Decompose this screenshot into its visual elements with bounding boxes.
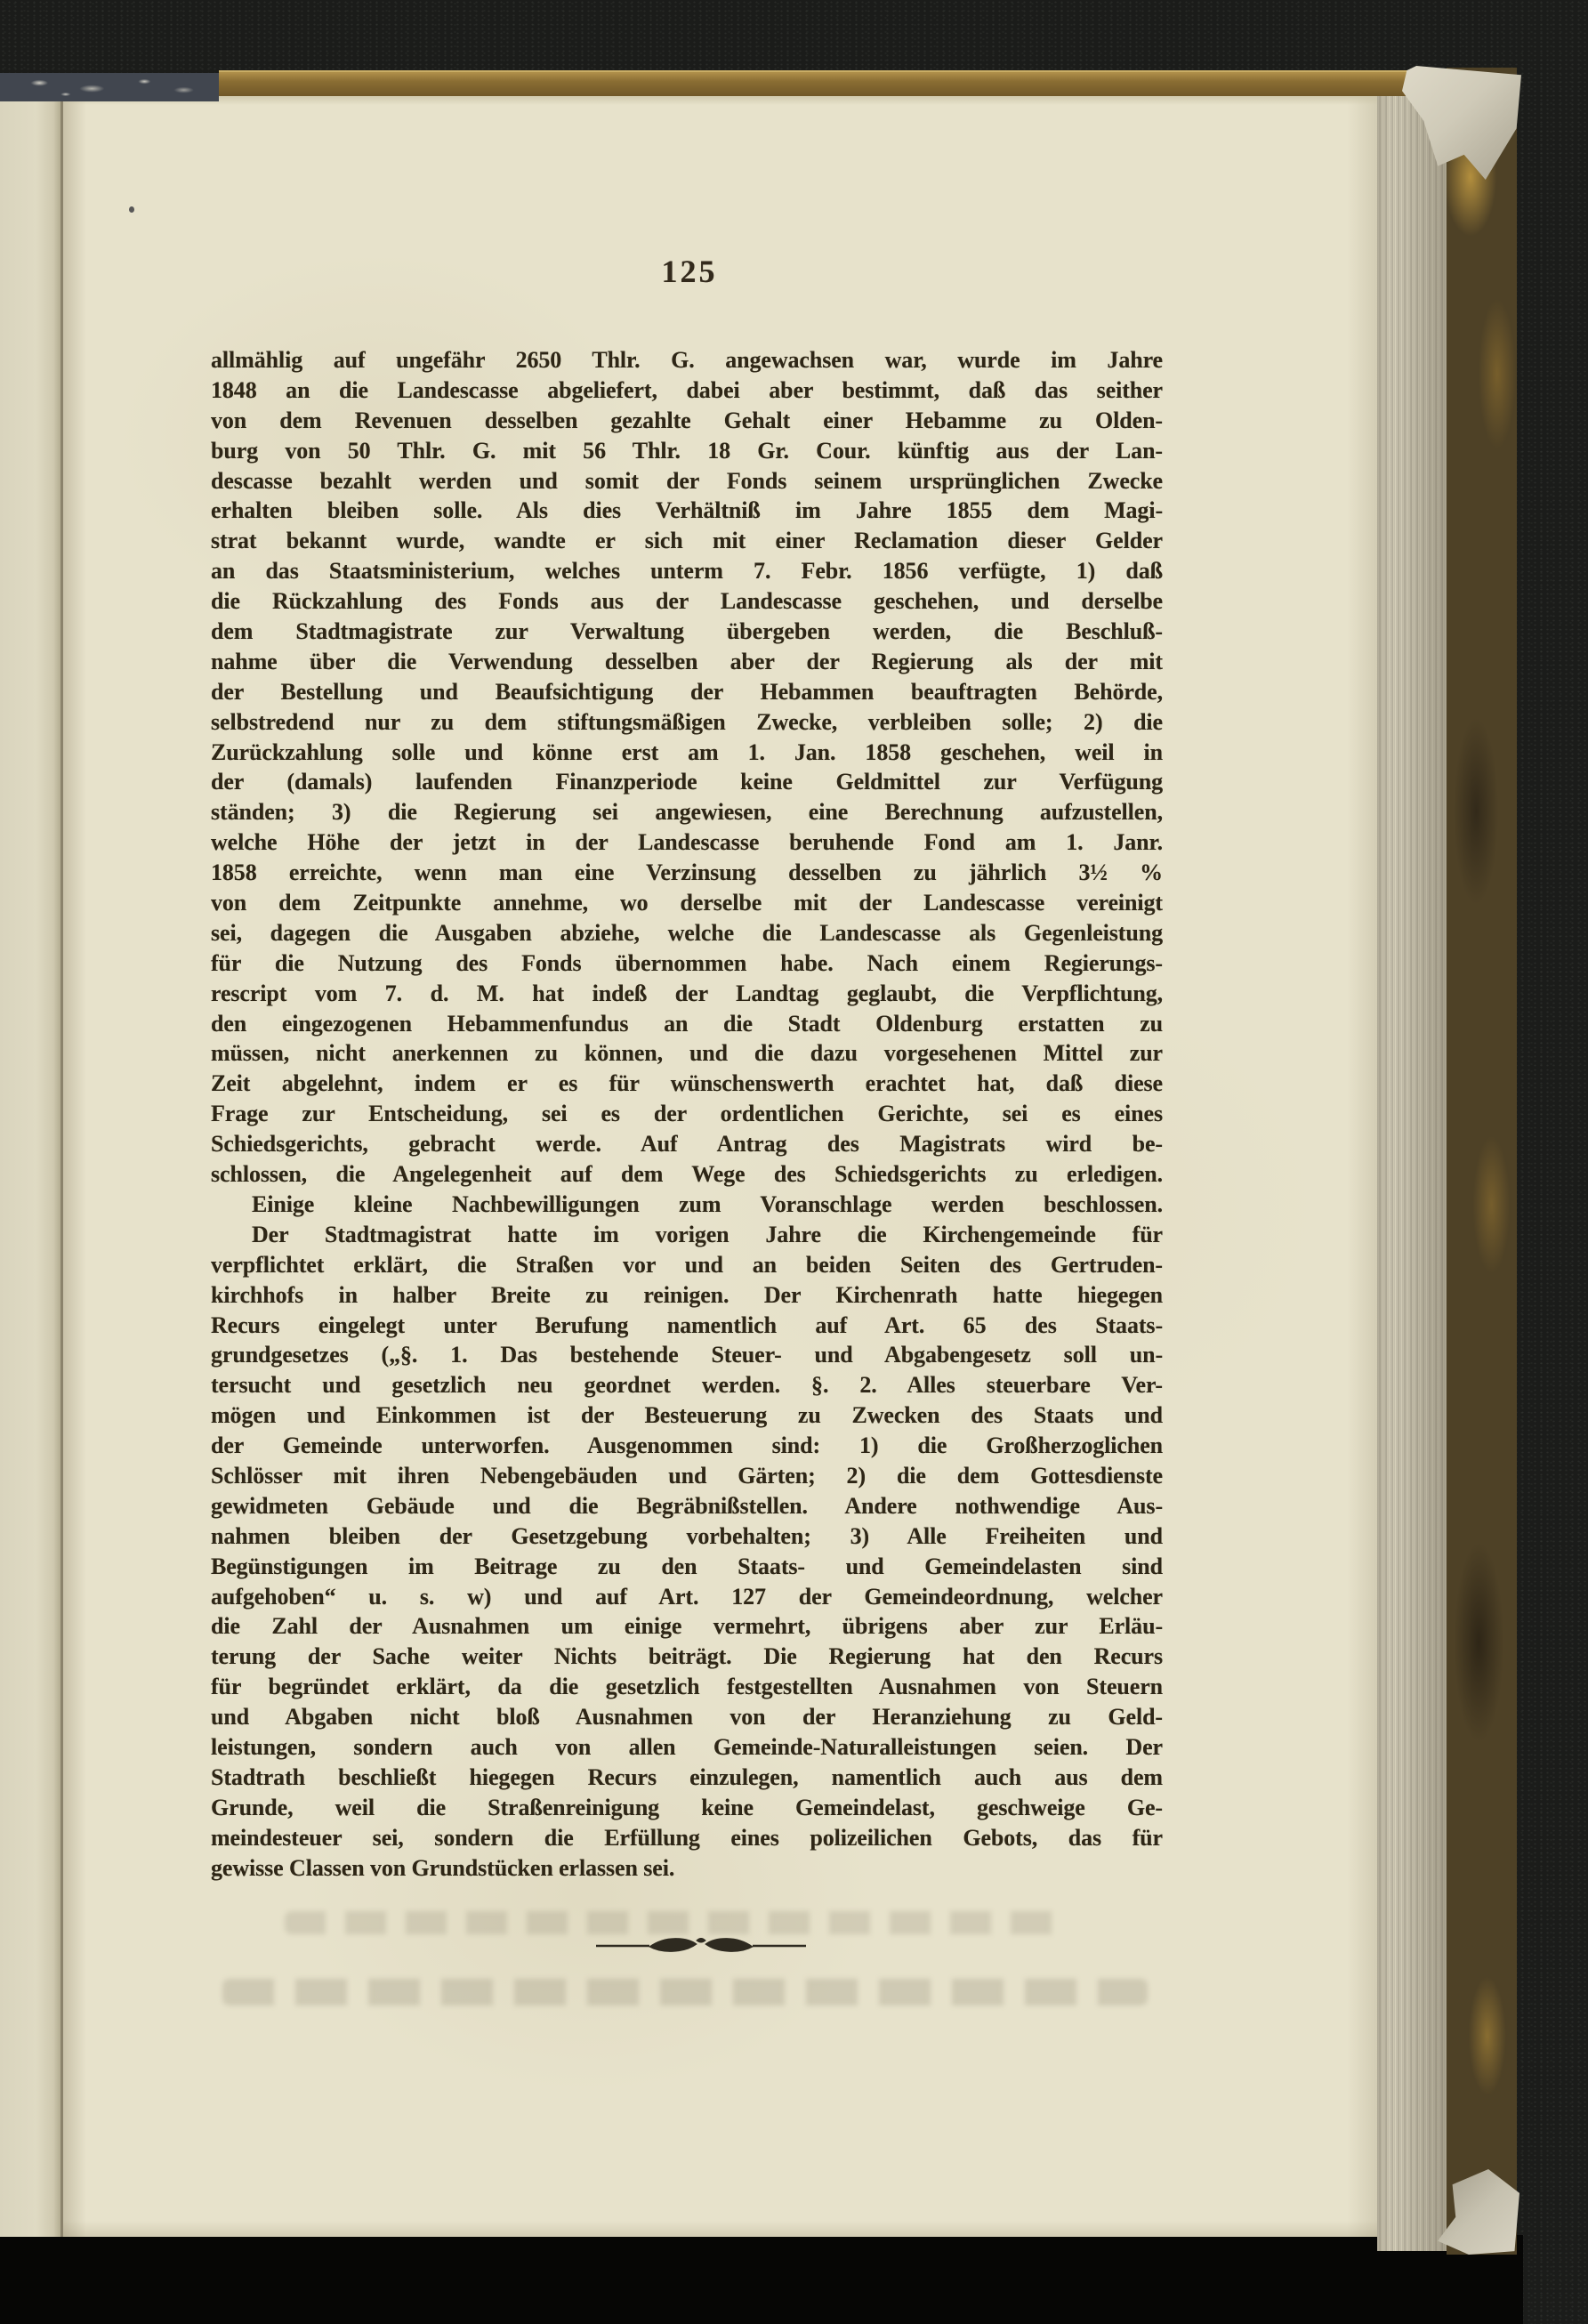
text-line: welche Höhe der jetzt in der Landescasse…	[211, 827, 1163, 858]
text-line: schlossen, die Angelegenheit auf dem Weg…	[211, 1159, 1163, 1190]
text-line: Begünstigungen im Beitrage zu den Staats…	[211, 1552, 1163, 1582]
text-line: gewidmeten Gebäude und die Begräbnißstel…	[211, 1491, 1163, 1521]
text-line: von dem Revenuen desselben gezahlte Geha…	[211, 406, 1163, 436]
text-line: Frage zur Entscheidung, sei es der orden…	[211, 1099, 1163, 1129]
text-line: an das Staatsministerium, welches unterm…	[211, 556, 1163, 586]
text-line: terung der Sache weiter Nichts beiträgt.…	[211, 1642, 1163, 1672]
marbled-cover-strip	[1447, 68, 1517, 2255]
text-line: allmählig auf ungefähr 2650 Thlr. G. ang…	[211, 345, 1163, 375]
show-through-ghost-line	[222, 1979, 1148, 2005]
text-line: Grunde, weil die Straßenreinigung keine …	[211, 1793, 1163, 1823]
text-line: 1858 erreichte, wenn man eine Verzinsung…	[211, 858, 1163, 888]
text-line: leistungen, sondern auch von allen Gemei…	[211, 1732, 1163, 1763]
text-line: die Rückzahlung des Fonds aus der Landes…	[211, 586, 1163, 617]
text-line: sei, dagegen die Ausgaben abziehe, welch…	[211, 918, 1163, 948]
text-line: rescript vom 7. d. M. hat indeß der Land…	[211, 979, 1163, 1009]
text-line: für begründet erklärt, da die gesetzlich…	[211, 1672, 1163, 1702]
text-line: müssen, nicht anerkennen zu können, und …	[211, 1038, 1163, 1069]
text-line: descasse bezahlt werden und somit der Fo…	[211, 466, 1163, 496]
scanned-book-page: 125 allmählig auf ungefähr 2650 Thlr. G.…	[0, 0, 1588, 2324]
text-line: mögen und Einkommen ist der Besteuerung …	[211, 1400, 1163, 1431]
page-stack-fore-edge	[1377, 96, 1447, 2251]
text-line: Einige kleine Nachbewilligungen zum Vora…	[211, 1190, 1163, 1220]
divider-ornament-icon	[594, 1933, 808, 1959]
text-line: für die Nutzung des Fonds übernommen hab…	[211, 948, 1163, 979]
text-line: nahmen bleiben der Gesetzgebung vorbehal…	[211, 1521, 1163, 1552]
text-line: der Gemeinde unterworfen. Ausgenommen si…	[211, 1431, 1163, 1461]
text-line: Stadtrath beschließt hiegegen Recurs ein…	[211, 1763, 1163, 1793]
text-line: Schiedsgerichts, gebracht werde. Auf Ant…	[211, 1129, 1163, 1159]
text-line: von dem Zeitpunkte annehme, wo derselbe …	[211, 888, 1163, 918]
text-line: ständen; 3) die Regierung sei angewiesen…	[211, 797, 1163, 827]
bottom-shadow	[0, 2235, 1523, 2324]
text-line: aufgehoben“ u. s. w) und auf Art. 127 de…	[211, 1582, 1163, 1612]
text-line: kirchhofs in halber Breite zu reinigen. …	[211, 1280, 1163, 1311]
text-line: Zurückzahlung solle und könne erst am 1.…	[211, 738, 1163, 768]
ink-speck	[129, 206, 134, 213]
text-line: gewisse Classen von Grundstücken erlasse…	[211, 1853, 1163, 1884]
text-line: burg von 50 Thlr. G. mit 56 Thlr. 18 Gr.…	[211, 436, 1163, 466]
book-top-edge	[219, 70, 1517, 99]
facing-page-sliver	[0, 96, 63, 2237]
text-line: strat bekannt wurde, wandte er sich mit …	[211, 526, 1163, 556]
binding-edge-worn	[0, 73, 219, 101]
text-line: selbstredend nur zu dem stiftungsmäßigen…	[211, 707, 1163, 738]
text-line: dem Stadtmagistrate zur Verwaltung überg…	[211, 617, 1163, 647]
text-line: der Bestellung und Beaufsichtigung der H…	[211, 677, 1163, 707]
text-line: meindesteuer sei, sondern die Erfüllung …	[211, 1823, 1163, 1853]
text-line: Der Stadtmagistrat hatte im vorigen Jahr…	[211, 1220, 1163, 1250]
text-line: und Abgaben nicht bloß Ausnahmen von der…	[211, 1702, 1163, 1732]
text-line: Schlösser mit ihren Nebengebäuden und Gä…	[211, 1461, 1163, 1491]
page-number: 125	[601, 253, 778, 290]
text-line: verpflichtet erklärt, die Straßen vor un…	[211, 1250, 1163, 1280]
text-line: erhalten bleiben solle. Als dies Verhält…	[211, 496, 1163, 526]
text-line: der (damals) laufenden Finanzperiode kei…	[211, 767, 1163, 797]
text-line: den eingezogenen Hebammenfundus an die S…	[211, 1009, 1163, 1039]
text-line: die Zahl der Ausnahmen um einige vermehr…	[211, 1611, 1163, 1642]
text-line: Zeit abgelehnt, indem er es für wünschen…	[211, 1069, 1163, 1099]
text-line: 1848 an die Landescasse abgeliefert, dab…	[211, 375, 1163, 406]
show-through-ghost-line	[285, 1911, 1068, 1934]
text-block: allmählig auf ungefähr 2650 Thlr. G. ang…	[211, 345, 1163, 1883]
text-line: nahme über die Verwendung desselben aber…	[211, 647, 1163, 677]
text-line: Recurs eingelegt unter Berufung namentli…	[211, 1311, 1163, 1341]
text-line: grundgesetzes („§. 1. Das bestehende Ste…	[211, 1340, 1163, 1370]
text-line: tersucht und gesetzlich neu geordnet wer…	[211, 1370, 1163, 1400]
